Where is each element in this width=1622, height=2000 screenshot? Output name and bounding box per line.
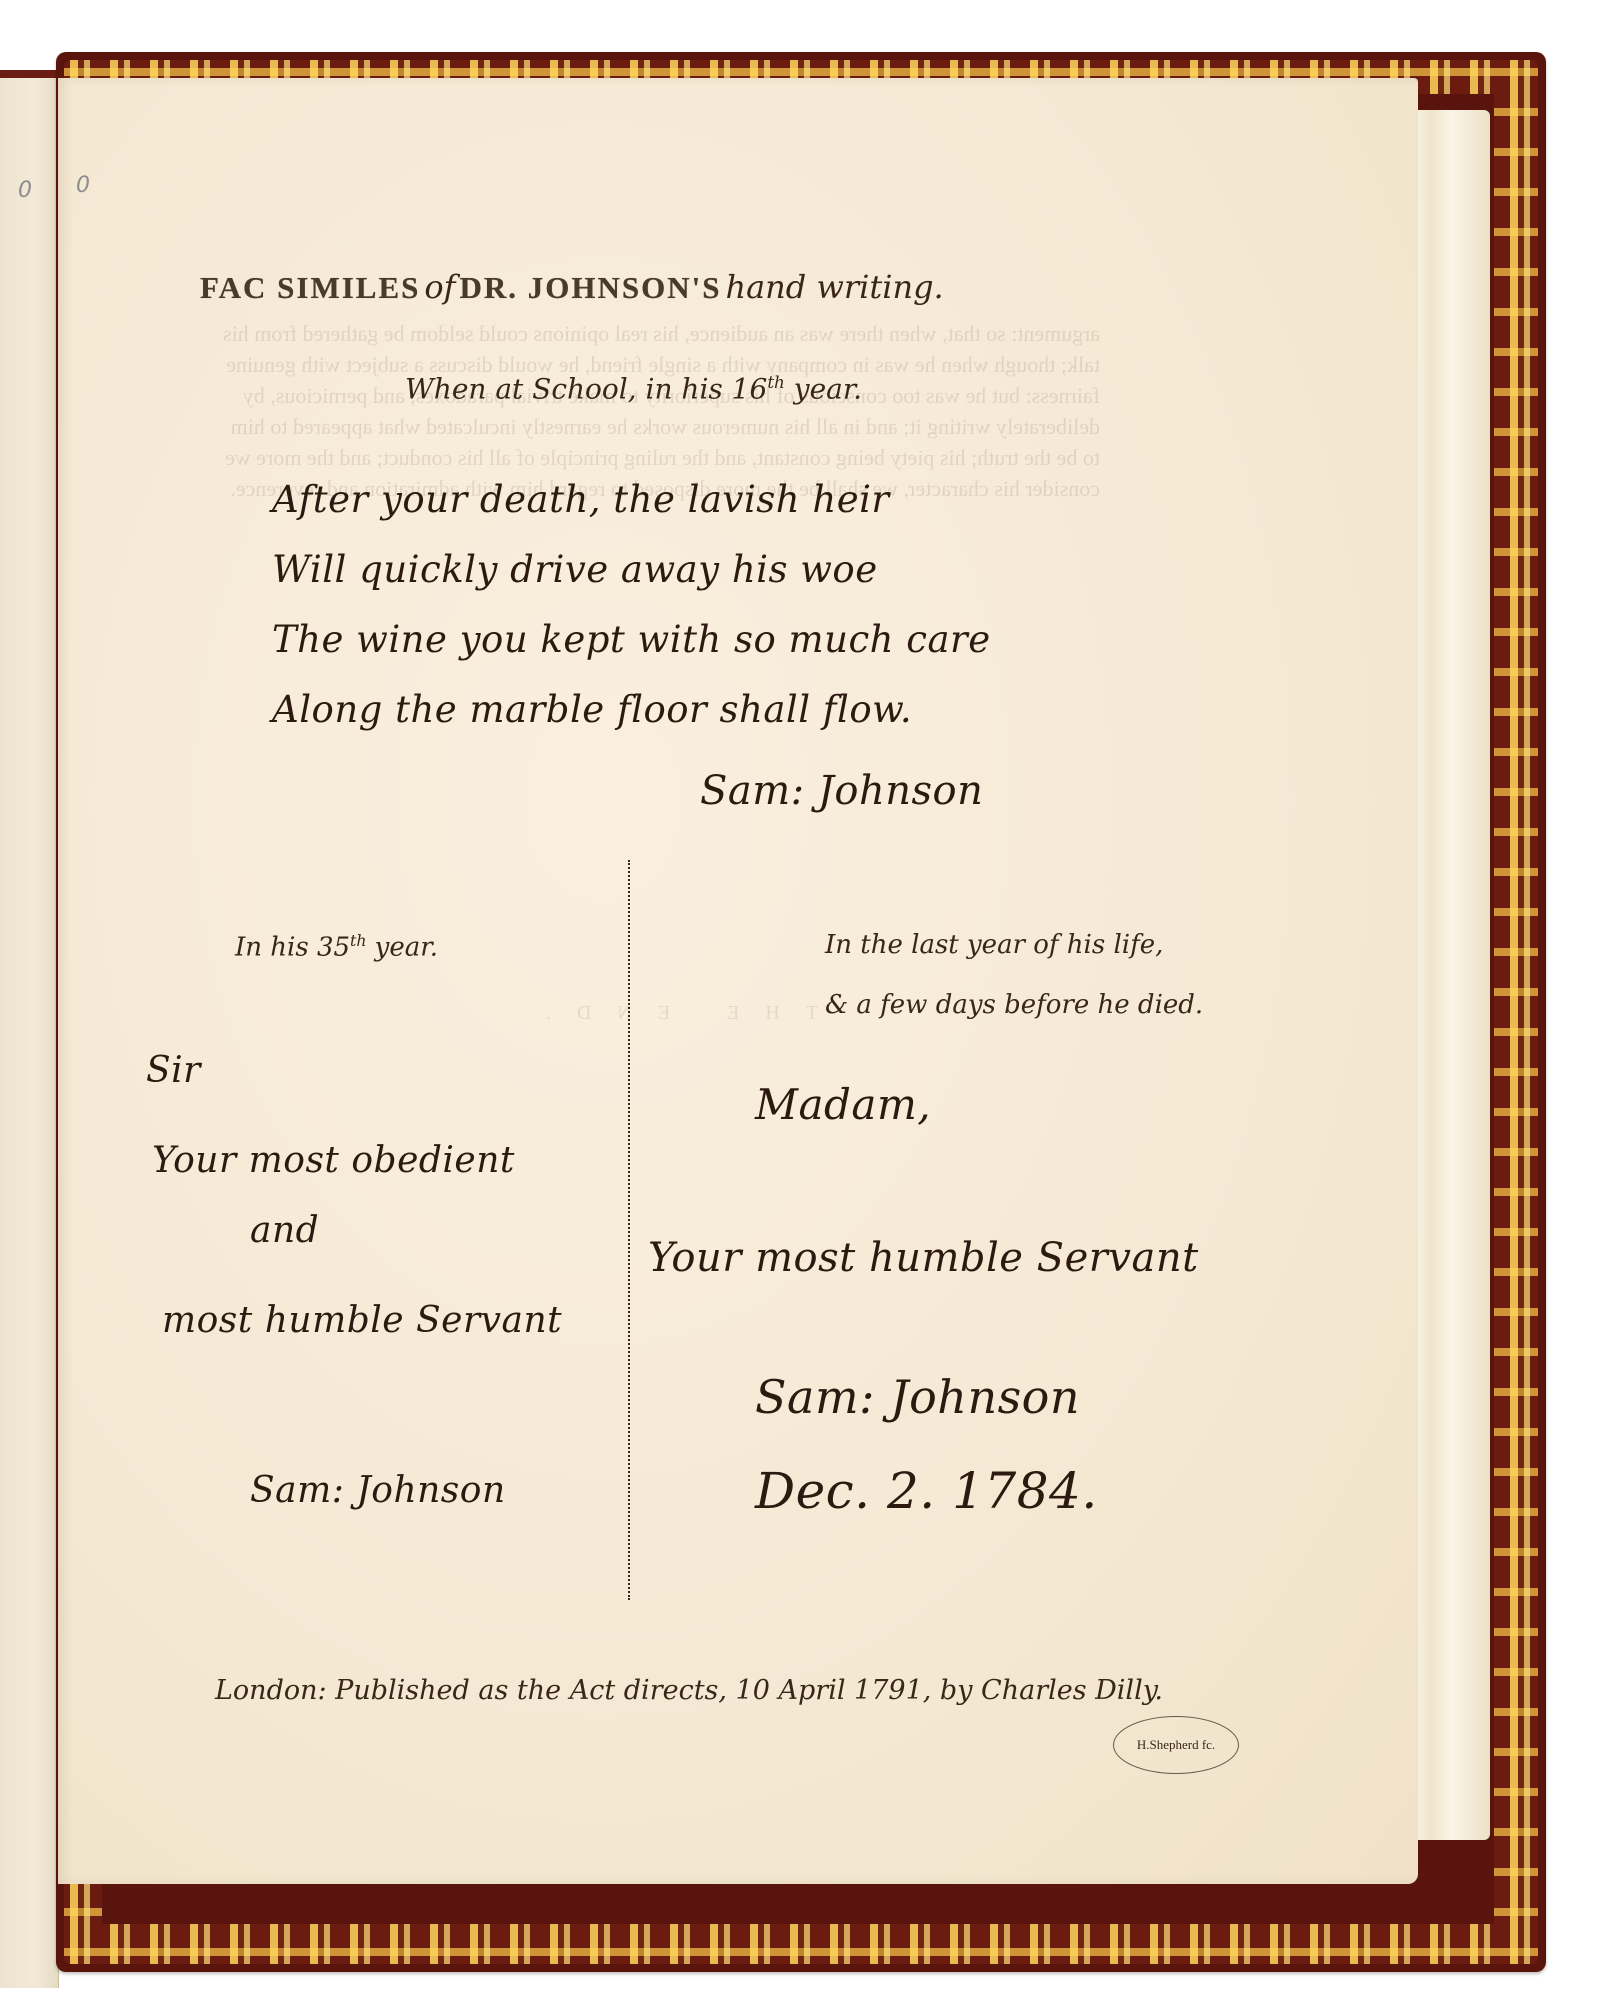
show-through-end: THE END. [520,1002,818,1025]
poem-line-1: After your death, the lavish heir [272,478,890,521]
signature-3: Sam: Johnson [755,1370,1080,1424]
title-script-2: hand writing. [725,268,943,306]
letter-2-line-2: and [250,1210,319,1251]
letter-3-closing: Your most humble Servant [648,1235,1199,1281]
engraver-credit: H.Shepherd fc. [1113,1716,1239,1774]
pencil-mark: 0 [76,173,90,198]
letter-3-date: Dec. 2. 1784. [755,1462,1098,1520]
publisher-imprint: London: Published as the Act directs, 10… [215,1675,1163,1706]
section-3-label-line-1: In the last year of his life, [825,930,1163,960]
pencil-mark: 0 [18,178,32,203]
title-caps-2: DR. JOHNSON'S [460,270,722,305]
letter-2-line-1: Your most obedient [152,1140,515,1181]
poem-line-3: The wine you kept with so much care [272,618,991,661]
poem-line-2: Will quickly drive away his woe [272,548,878,591]
salutation-madam: Madam, [755,1080,931,1129]
salutation-sir: Sir [146,1050,201,1091]
signature-1: Sam: Johnson [700,768,983,814]
show-through-text: argument: so that, when there was an aud… [220,318,1100,504]
title-caps-1: FAC SIMILES [200,270,420,305]
poem-line-4: Along the marble floor shall flow. [272,688,912,731]
section-2-label: In his 35th year. [235,932,438,963]
title-script-1: of [424,268,455,306]
wavy-divider [628,860,634,1600]
letter-2-line-3: most humble Servant [162,1300,562,1341]
plate-title: FAC SIMILES of DR. JOHNSON'S hand writin… [200,268,944,306]
section-3-label-line-2: & a few days before he died. [825,990,1203,1020]
signature-2: Sam: Johnson [250,1470,506,1511]
section-1-label: When at School, in his 16th year. [405,372,862,405]
left-facing-page: 0 [0,78,59,1988]
